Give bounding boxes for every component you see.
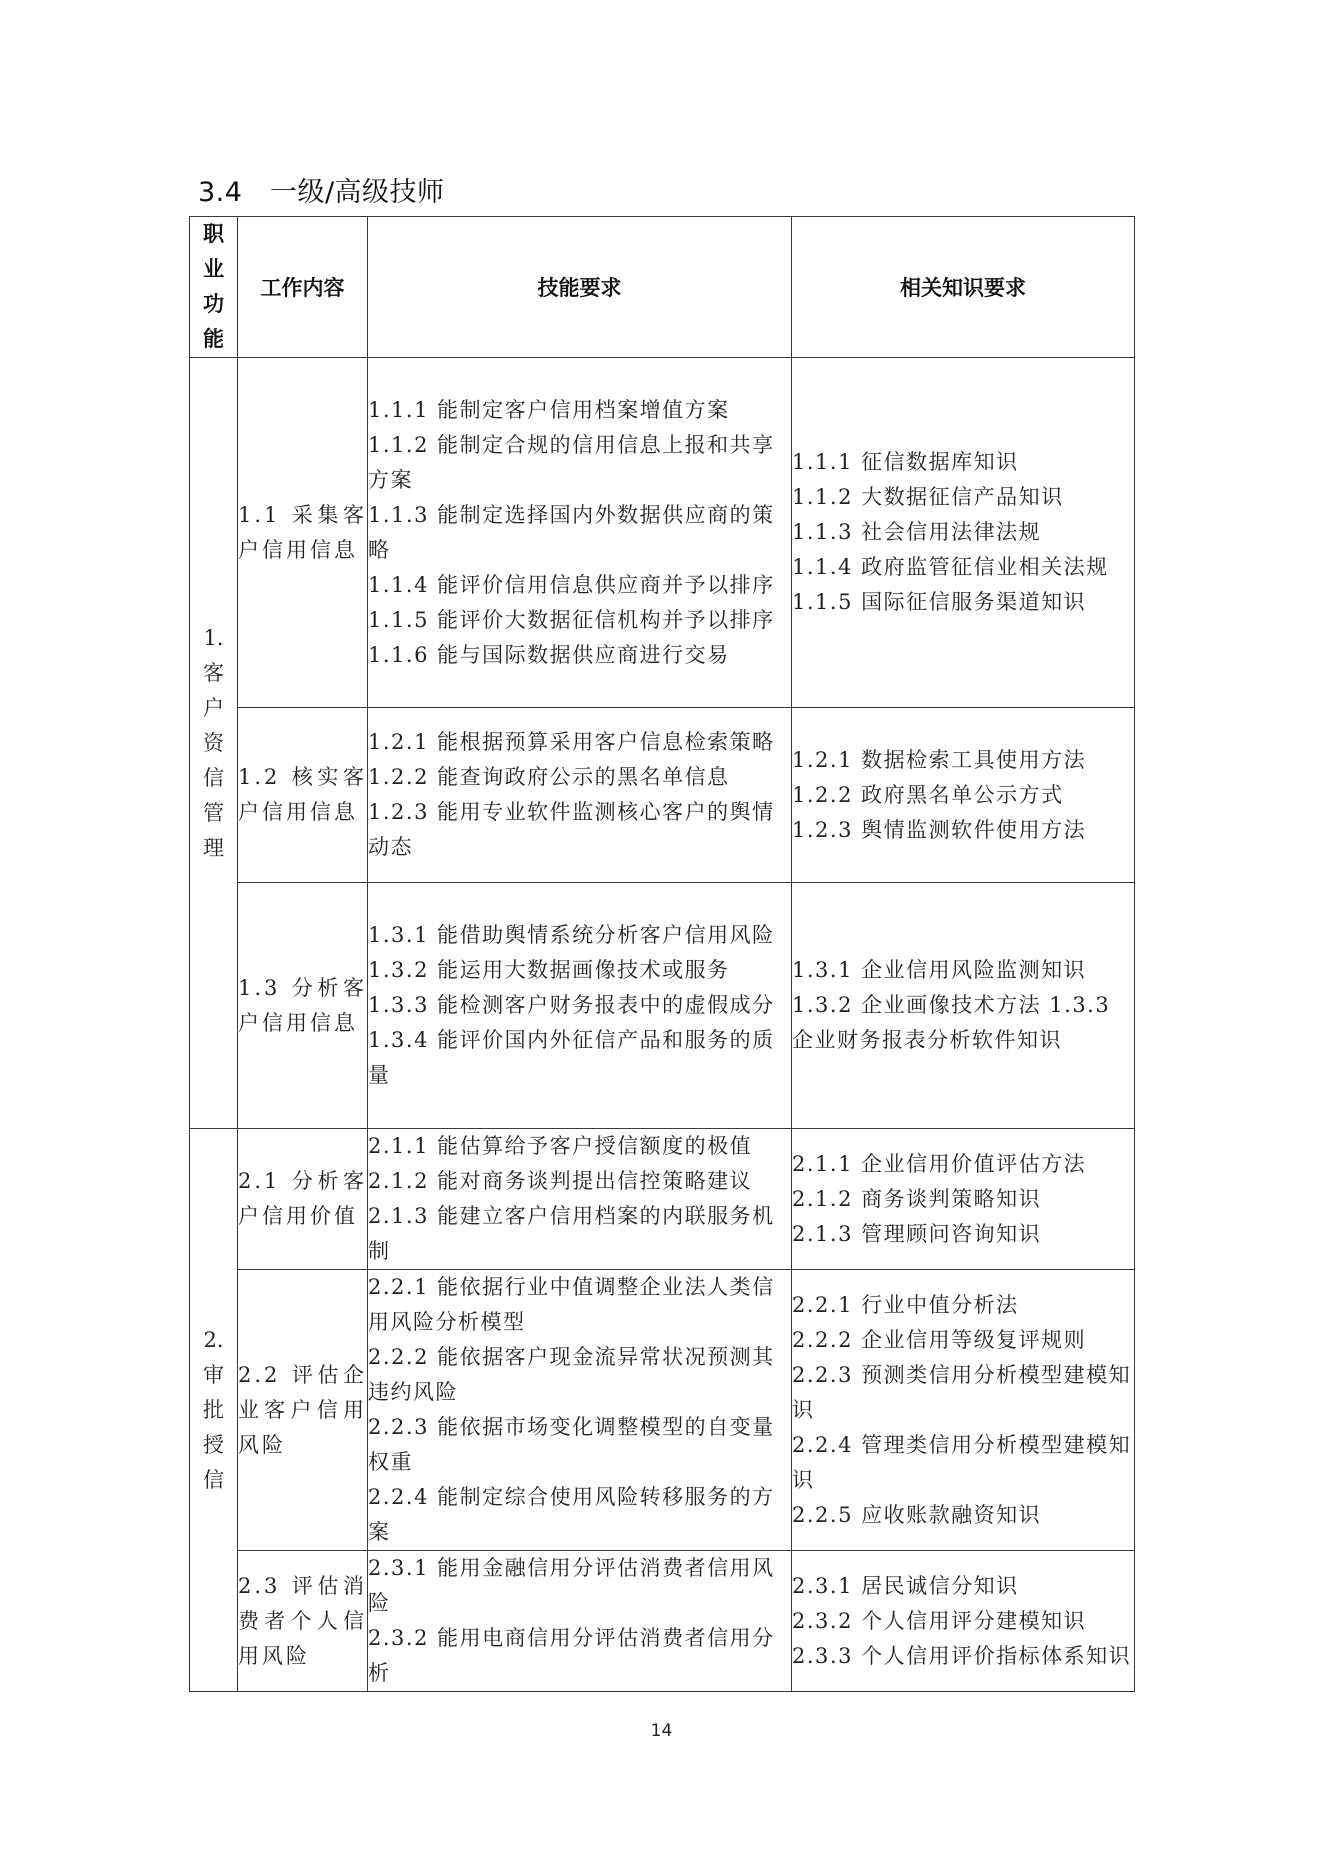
work-content-cell: 1.1 采集客户信用信息 [238,358,368,708]
skill-item: 1.3.4 能评价国内外征信产品和服务的质量 [368,1023,791,1093]
header-knowledge: 相关知识要求 [792,217,1135,358]
skills-requirements-table: 职 业 功 能 工作内容 技能要求 相关知识要求 1. 客 户 资 信 管 理 … [189,216,1135,1692]
skills-cell: 2.2.1 能依据行业中值调整企业法人类信用风险分析模型 2.2.2 能依据客户… [368,1270,792,1551]
function-char: 管 [190,796,237,831]
header-skills: 技能要求 [368,217,792,358]
skills-cell: 1.3.1 能借助舆情系统分析客户信用风险 1.3.2 能运用大数据画像技术或服… [368,883,792,1129]
skills-cell: 1.2.1 能根据预算采用客户信息检索策略 1.2.2 能查询政府公示的黑名单信… [368,708,792,883]
work-content-cell: 1.2 核实客户信用信息 [238,708,368,883]
function-char: 户 [190,691,237,726]
knowledge-item: 2.3.1 居民诚信分知识 [792,1569,1134,1604]
skill-item: 2.3.2 能用电商信用分评估消费者信用分析 [368,1621,791,1691]
skill-item: 1.1.1 能制定客户信用档案增值方案 [368,393,791,428]
work-content-cell: 2.1 分析客户信用价值 [238,1129,368,1270]
knowledge-item: 1.3.1 企业信用风险监测知识 [792,953,1134,988]
function-char: 客 [190,656,237,691]
skill-item: 1.2.3 能用专业软件监测核心客户的舆情动态 [368,795,791,865]
skill-item: 2.1.1 能估算给予客户授信额度的极值 [368,1129,791,1164]
knowledge-item: 1.1.1 征信数据库知识 [792,445,1134,480]
knowledge-item: 1.3.2 企业画像技术方法 1.3.3 企业财务报表分析软件知识 [792,988,1134,1058]
knowledge-item: 1.1.2 大数据征信产品知识 [792,480,1134,515]
knowledge-cell: 1.3.1 企业信用风险监测知识 1.3.2 企业画像技术方法 1.3.3 企业… [792,883,1135,1129]
work-content-cell: 2.2 评估企业客户信用风险 [238,1270,368,1551]
function-char: 理 [190,831,237,866]
skill-item: 1.2.2 能查询政府公示的黑名单信息 [368,760,791,795]
knowledge-item: 1.2.1 数据检索工具使用方法 [792,743,1134,778]
knowledge-item: 2.3.2 个人信用评分建模知识 [792,1604,1134,1639]
table-row: 1.2 核实客户信用信息 1.2.1 能根据预算采用客户信息检索策略 1.2.2… [190,708,1135,883]
table-row: 2.2 评估企业客户信用风险 2.2.1 能依据行业中值调整企业法人类信用风险分… [190,1270,1135,1551]
skill-item: 1.1.3 能制定选择国内外数据供应商的策略 [368,498,791,568]
function-char: 2. [190,1323,237,1358]
table-row: 2.3 评估消费者个人信用风险 2.3.1 能用金融信用分评估消费者信用风险 2… [190,1551,1135,1692]
knowledge-item: 1.1.3 社会信用法律法规 [792,515,1134,550]
skill-item: 1.3.2 能运用大数据画像技术或服务 [368,953,791,988]
skill-item: 2.2.3 能依据市场变化调整模型的自变量权重 [368,1410,791,1480]
knowledge-item: 2.2.4 管理类信用分析模型建模知识 [792,1428,1134,1498]
function-char: 信 [190,761,237,796]
header-function-char: 业 [190,252,237,287]
knowledge-item: 1.1.4 政府监管征信业相关法规 [792,550,1134,585]
skills-cell: 2.3.1 能用金融信用分评估消费者信用风险 2.3.2 能用电商信用分评估消费… [368,1551,792,1692]
skill-item: 1.3.1 能借助舆情系统分析客户信用风险 [368,918,791,953]
knowledge-item: 1.2.3 舆情监测软件使用方法 [792,813,1134,848]
knowledge-item: 1.1.5 国际征信服务渠道知识 [792,585,1134,620]
header-function-char: 功 [190,287,237,322]
function-char: 审 [190,1358,237,1393]
knowledge-cell: 1.2.1 数据检索工具使用方法 1.2.2 政府黑名单公示方式 1.2.3 舆… [792,708,1135,883]
knowledge-item: 2.1.3 管理顾问咨询知识 [792,1217,1134,1252]
skill-item: 2.3.1 能用金融信用分评估消费者信用风险 [368,1551,791,1621]
function-char: 授 [190,1428,237,1463]
section-title: 3.4 一级/高级技师 [198,170,445,209]
skill-item: 1.2.1 能根据预算采用客户信息检索策略 [368,725,791,760]
knowledge-cell: 2.1.1 企业信用价值评估方法 2.1.2 商务谈判策略知识 2.1.3 管理… [792,1129,1135,1270]
skill-item: 2.1.2 能对商务谈判提出信控策略建议 [368,1164,791,1199]
skill-item: 1.1.6 能与国际数据供应商进行交易 [368,638,791,673]
skill-item: 1.1.4 能评价信用信息供应商并予以排序 [368,568,791,603]
header-work: 工作内容 [238,217,368,358]
function-char: 资 [190,726,237,761]
knowledge-item: 2.3.3 个人信用评价指标体系知识 [792,1639,1134,1674]
skill-item: 2.2.1 能依据行业中值调整企业法人类信用风险分析模型 [368,1270,791,1340]
header-function-char: 职 [190,217,237,252]
knowledge-item: 2.2.2 企业信用等级复评规则 [792,1323,1134,1358]
knowledge-item: 2.1.1 企业信用价值评估方法 [792,1147,1134,1182]
skills-cell: 1.1.1 能制定客户信用档案增值方案 1.1.2 能制定合规的信用信息上报和共… [368,358,792,708]
table-row: 1. 客 户 资 信 管 理 1.1 采集客户信用信息 1.1.1 能制定客户信… [190,358,1135,708]
skills-cell: 2.1.1 能估算给予客户授信额度的极值 2.1.2 能对商务谈判提出信控策略建… [368,1129,792,1270]
knowledge-cell: 2.2.1 行业中值分析法 2.2.2 企业信用等级复评规则 2.2.3 预测类… [792,1270,1135,1551]
function-cell: 1. 客 户 资 信 管 理 [190,358,238,1129]
table-header-row: 职 业 功 能 工作内容 技能要求 相关知识要求 [190,217,1135,358]
knowledge-cell: 2.3.1 居民诚信分知识 2.3.2 个人信用评分建模知识 2.3.3 个人信… [792,1551,1135,1692]
skill-item: 2.2.2 能依据客户现金流异常状况预测其违约风险 [368,1340,791,1410]
knowledge-item: 2.2.3 预测类信用分析模型建模知识 [792,1358,1134,1428]
knowledge-item: 1.2.2 政府黑名单公示方式 [792,778,1134,813]
skill-item: 2.2.4 能制定综合使用风险转移服务的方案 [368,1480,791,1550]
function-char: 批 [190,1393,237,1428]
skill-item: 1.3.3 能检测客户财务报表中的虚假成分 [368,988,791,1023]
header-function: 职 业 功 能 [190,217,238,358]
knowledge-cell: 1.1.1 征信数据库知识 1.1.2 大数据征信产品知识 1.1.3 社会信用… [792,358,1135,708]
knowledge-item: 2.2.5 应收账款融资知识 [792,1498,1134,1533]
table-row: 1.3 分析客户信用信息 1.3.1 能借助舆情系统分析客户信用风险 1.3.2… [190,883,1135,1129]
header-function-char: 能 [190,322,237,357]
skill-item: 1.1.5 能评价大数据征信机构并予以排序 [368,603,791,638]
knowledge-item: 2.2.1 行业中值分析法 [792,1288,1134,1323]
function-char: 1. [190,621,237,656]
function-char: 信 [190,1463,237,1498]
work-content-cell: 2.3 评估消费者个人信用风险 [238,1551,368,1692]
knowledge-item: 2.1.2 商务谈判策略知识 [792,1182,1134,1217]
table-row: 2. 审 批 授 信 2.1 分析客户信用价值 2.1.1 能估算给予客户授信额… [190,1129,1135,1270]
skill-item: 2.1.3 能建立客户信用档案的内联服务机制 [368,1199,791,1269]
work-content-cell: 1.3 分析客户信用信息 [238,883,368,1129]
page-number: 14 [0,1721,1323,1741]
function-cell: 2. 审 批 授 信 [190,1129,238,1692]
skill-item: 1.1.2 能制定合规的信用信息上报和共享方案 [368,428,791,498]
